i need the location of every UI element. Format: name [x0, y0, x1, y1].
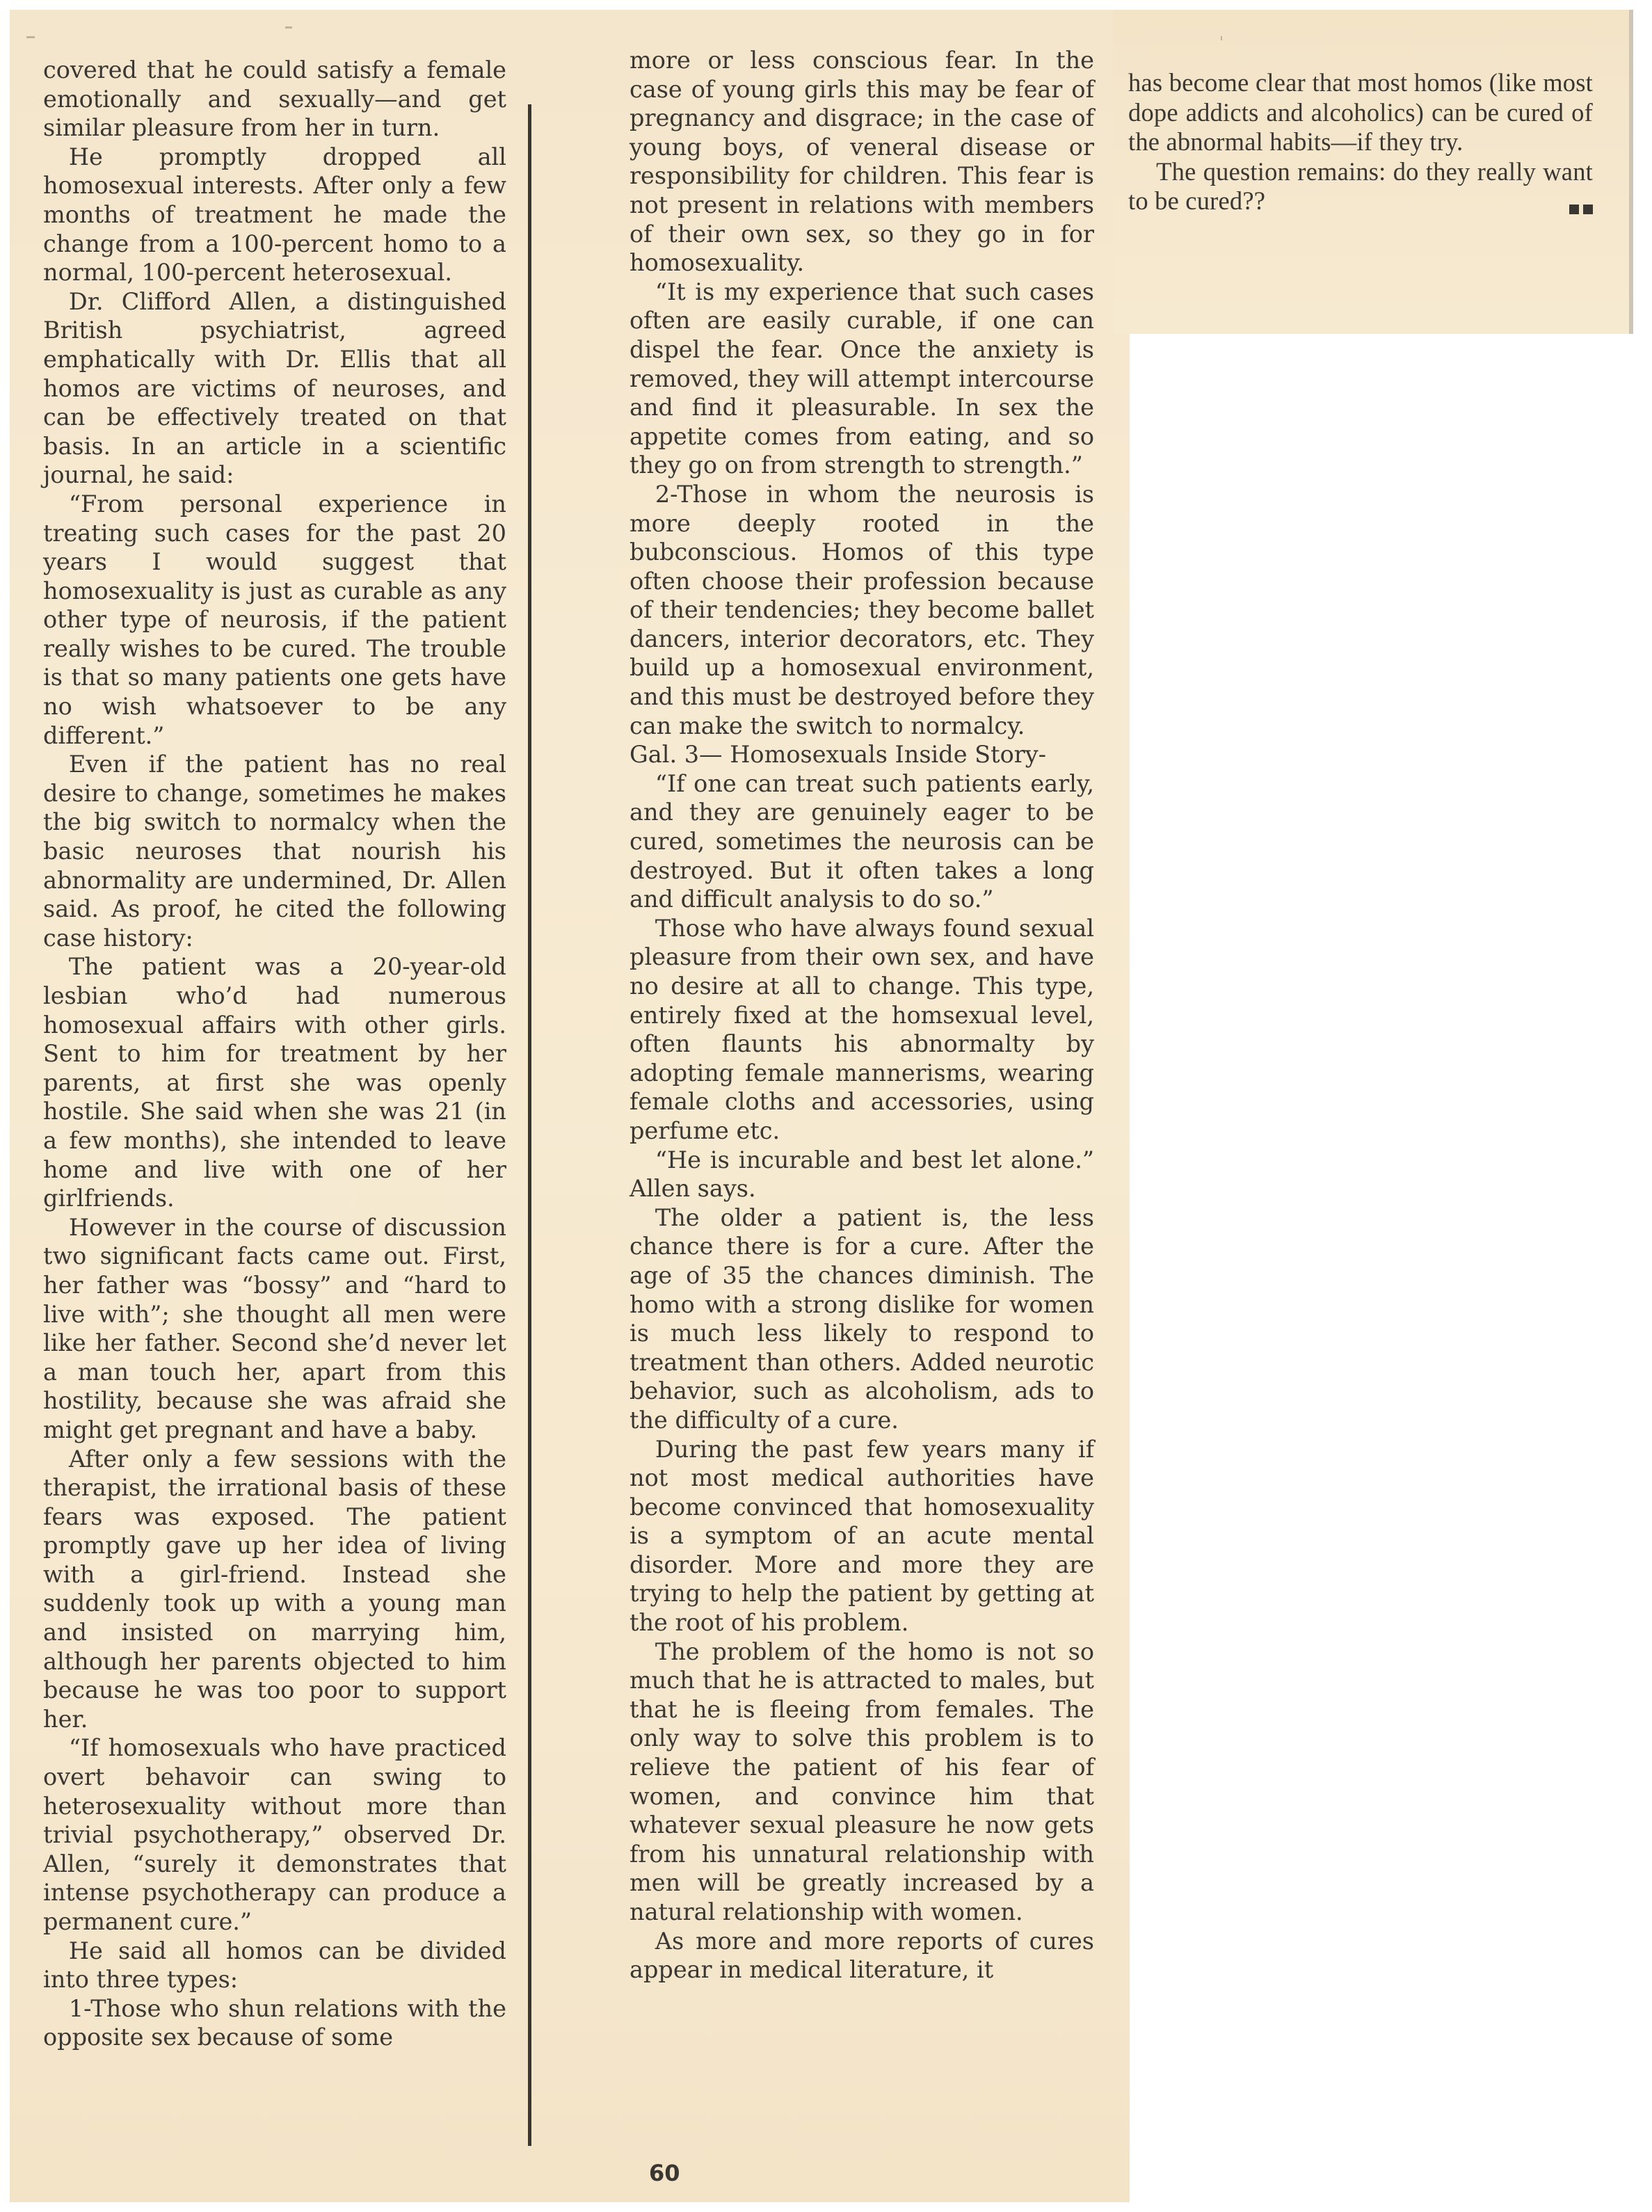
article-paragraph: After only a few sessions with the thera…: [43, 1445, 506, 1734]
article-paragraph: Dr. Clifford Allen, a distinguished Brit…: [43, 287, 506, 490]
article-paragraph: Those who have always found sexual pleas…: [629, 914, 1094, 1146]
page-number: 60: [649, 2160, 680, 2186]
paper-speck: [285, 26, 292, 29]
article-paragraph: The question remains: do they really wan…: [1128, 157, 1593, 216]
article-paragraph: “From personal experience in treating su…: [43, 490, 506, 750]
article-paragraph: He promptly dropped all homosexual inter…: [43, 143, 506, 287]
article-paragraph: “It is my experience that such cases oft…: [629, 278, 1094, 480]
article-paragraph: “If one can treat such patients early, a…: [629, 769, 1094, 914]
article-paragraph: covered that he could satisfy a female e…: [43, 56, 506, 143]
article-column-1: covered that he could satisfy a female e…: [43, 56, 506, 2052]
paper-speck: [1221, 36, 1222, 40]
article-paragraph: The problem of the homo is not so much t…: [629, 1637, 1094, 1927]
paper-speck: [26, 36, 35, 38]
article-paragraph: more or less conscious fear. In the case…: [629, 46, 1094, 278]
article-paragraph: Even if the patient has no real desire t…: [43, 750, 506, 952]
column-divider-rule: [528, 104, 531, 2146]
article-paragraph: has become clear that most homos (like m…: [1128, 68, 1593, 157]
article-paragraph: As more and more reports of cures appear…: [629, 1927, 1094, 1985]
article-paragraph: However in the course of discussion two …: [43, 1213, 506, 1445]
article-paragraph: “He is incurable and best let alone.” Al…: [629, 1146, 1094, 1203]
article-column-2: more or less conscious fear. In the case…: [629, 46, 1094, 1985]
article-paragraph: The older a patient is, the less chance …: [629, 1203, 1094, 1435]
article-paragraph: The patient was a 20-year-old lesbian wh…: [43, 952, 506, 1212]
article-paragraph: 2-Those in whom the neurosis is more dee…: [629, 480, 1094, 740]
article-paragraph: “If homosexuals who have practiced overt…: [43, 1733, 506, 1936]
article-column-3: has become clear that most homos (like m…: [1128, 68, 1593, 225]
article-paragraph: 1-Those who shun relations with the oppo…: [43, 1994, 506, 2052]
end-of-article-mark-icon: [1537, 195, 1593, 225]
article-paragraph: He said all homos can be divided into th…: [43, 1937, 506, 1994]
article-paragraph: During the past few years many if not mo…: [629, 1435, 1094, 1637]
article-paragraph: Gal. 3— Homosexuals Inside Story-: [629, 740, 1094, 769]
